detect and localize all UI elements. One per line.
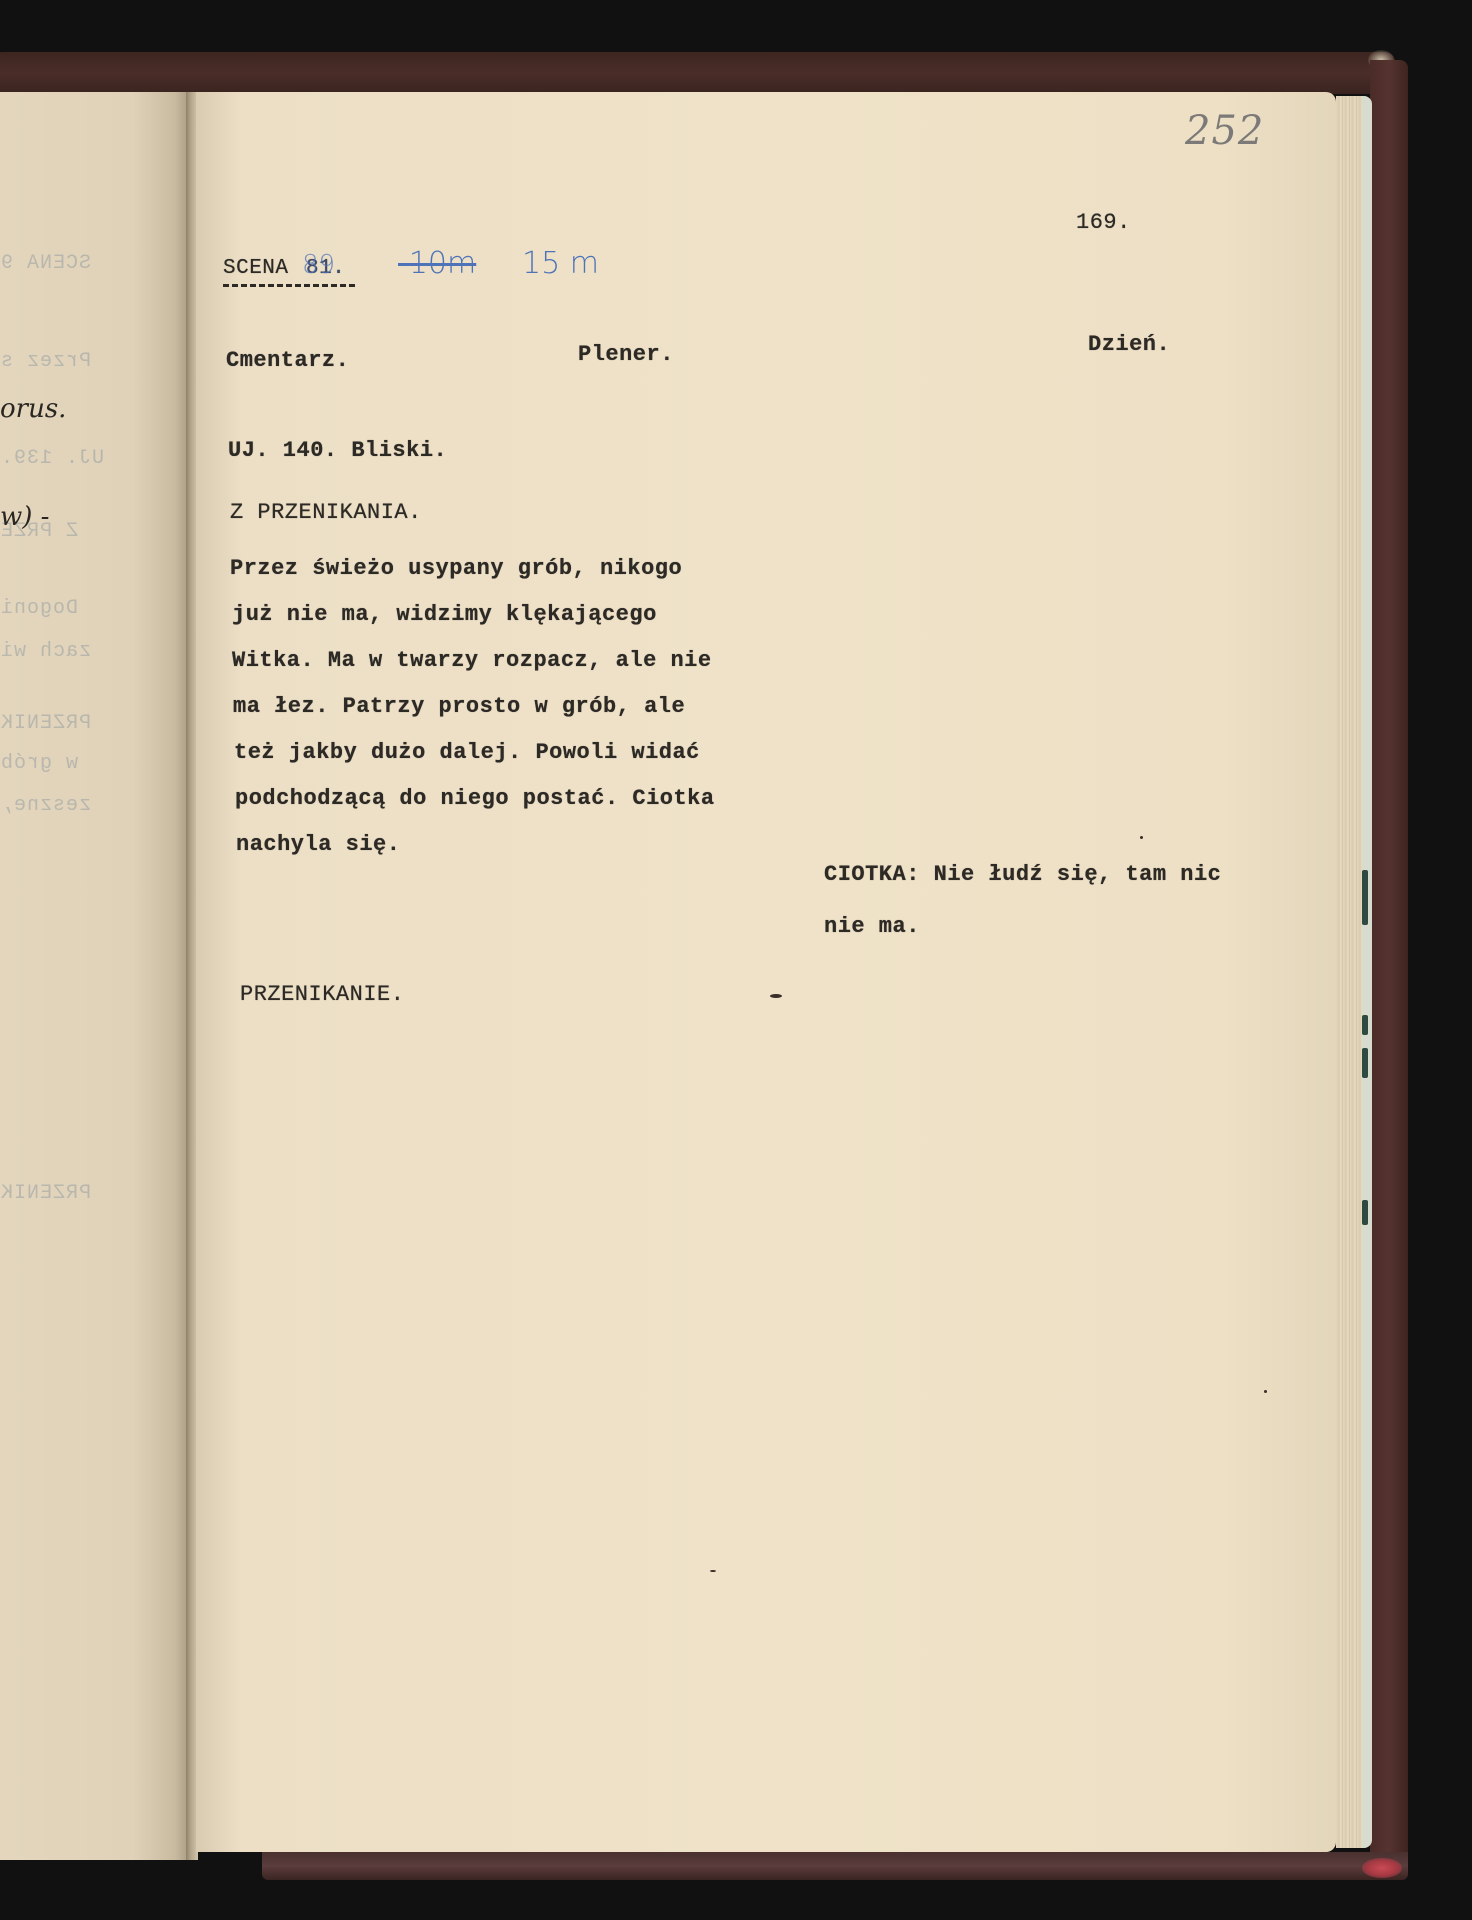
cover-corner-wear-bottom [1362,1858,1402,1878]
ghost-text: Dogoni [0,597,78,620]
dialogue-line: CIOTKA: Nie łudź się, tam nic [824,864,1221,886]
book-cover-bottom [262,1852,1408,1880]
ghost-text: UJ. 139. [0,447,104,470]
dialogue-line: nie ma. [824,916,920,938]
book-cover-right-edge [1370,60,1408,1870]
ghost-text: PRZENIK [0,712,91,735]
page-number: 169. [1076,212,1131,234]
book-cover-top [0,52,1395,94]
scene-setting: Plener. [578,344,674,366]
ink-mark [710,1570,716,1572]
ink-mark [1264,1390,1267,1393]
page-edge-mark [1362,1048,1368,1078]
scene-number-correction: 89 [302,250,335,280]
transition-out: PRZENIKANIE. [240,984,404,1006]
ghost-text: Przez s [0,350,91,373]
page-edges-stack [1336,96,1372,1848]
shot-description: UJ. 140. Bliski. [228,440,447,462]
handwritten-note: orus. [0,394,66,424]
action-line: już nie ma, widzimy klękającego [232,604,657,626]
page-edge-mark [1362,1200,1368,1225]
ghost-text: w grób [0,752,78,775]
action-line: Witka. Ma w twarzy rozpacz, ale nie [232,650,712,672]
handwritten-note: w) - [0,502,49,532]
action-line: Przez świeżo usypany grób, nikogo [230,558,682,580]
ghost-text: PRZENIK [0,1182,91,1205]
scene-label-underline [223,284,358,287]
ghost-text: zach wi [0,640,91,663]
ghost-text: SCENA 9 [0,252,91,275]
archive-page-number: 252 [1185,108,1264,154]
page-edge-mark [1362,870,1368,925]
action-line: podchodzącą do niego postać. Ciotka [235,788,715,810]
transition-in: Z PRZENIKANIA. [230,502,422,524]
ink-mark [1140,836,1143,839]
action-line: ma łez. Patrzy prosto w grób, ale [233,696,685,718]
action-line: też jakby dużo dalej. Powoli widać [234,742,700,764]
left-page: SCENA 9 Przez s UJ. 139. Z PRZE Dogoni z… [0,92,190,1860]
scene-location: Cmentarz. [226,350,349,372]
ghost-text: zeszne, [0,794,91,817]
duration-struck: -10m [398,246,476,281]
ink-mark [770,994,782,998]
page-edge-mark [1362,1015,1368,1035]
action-line: nachyla się. [236,834,400,856]
scene-label: SCENA [223,258,289,279]
duration-new: 15 m [522,246,599,281]
scene-time-of-day: Dzień. [1088,334,1170,356]
